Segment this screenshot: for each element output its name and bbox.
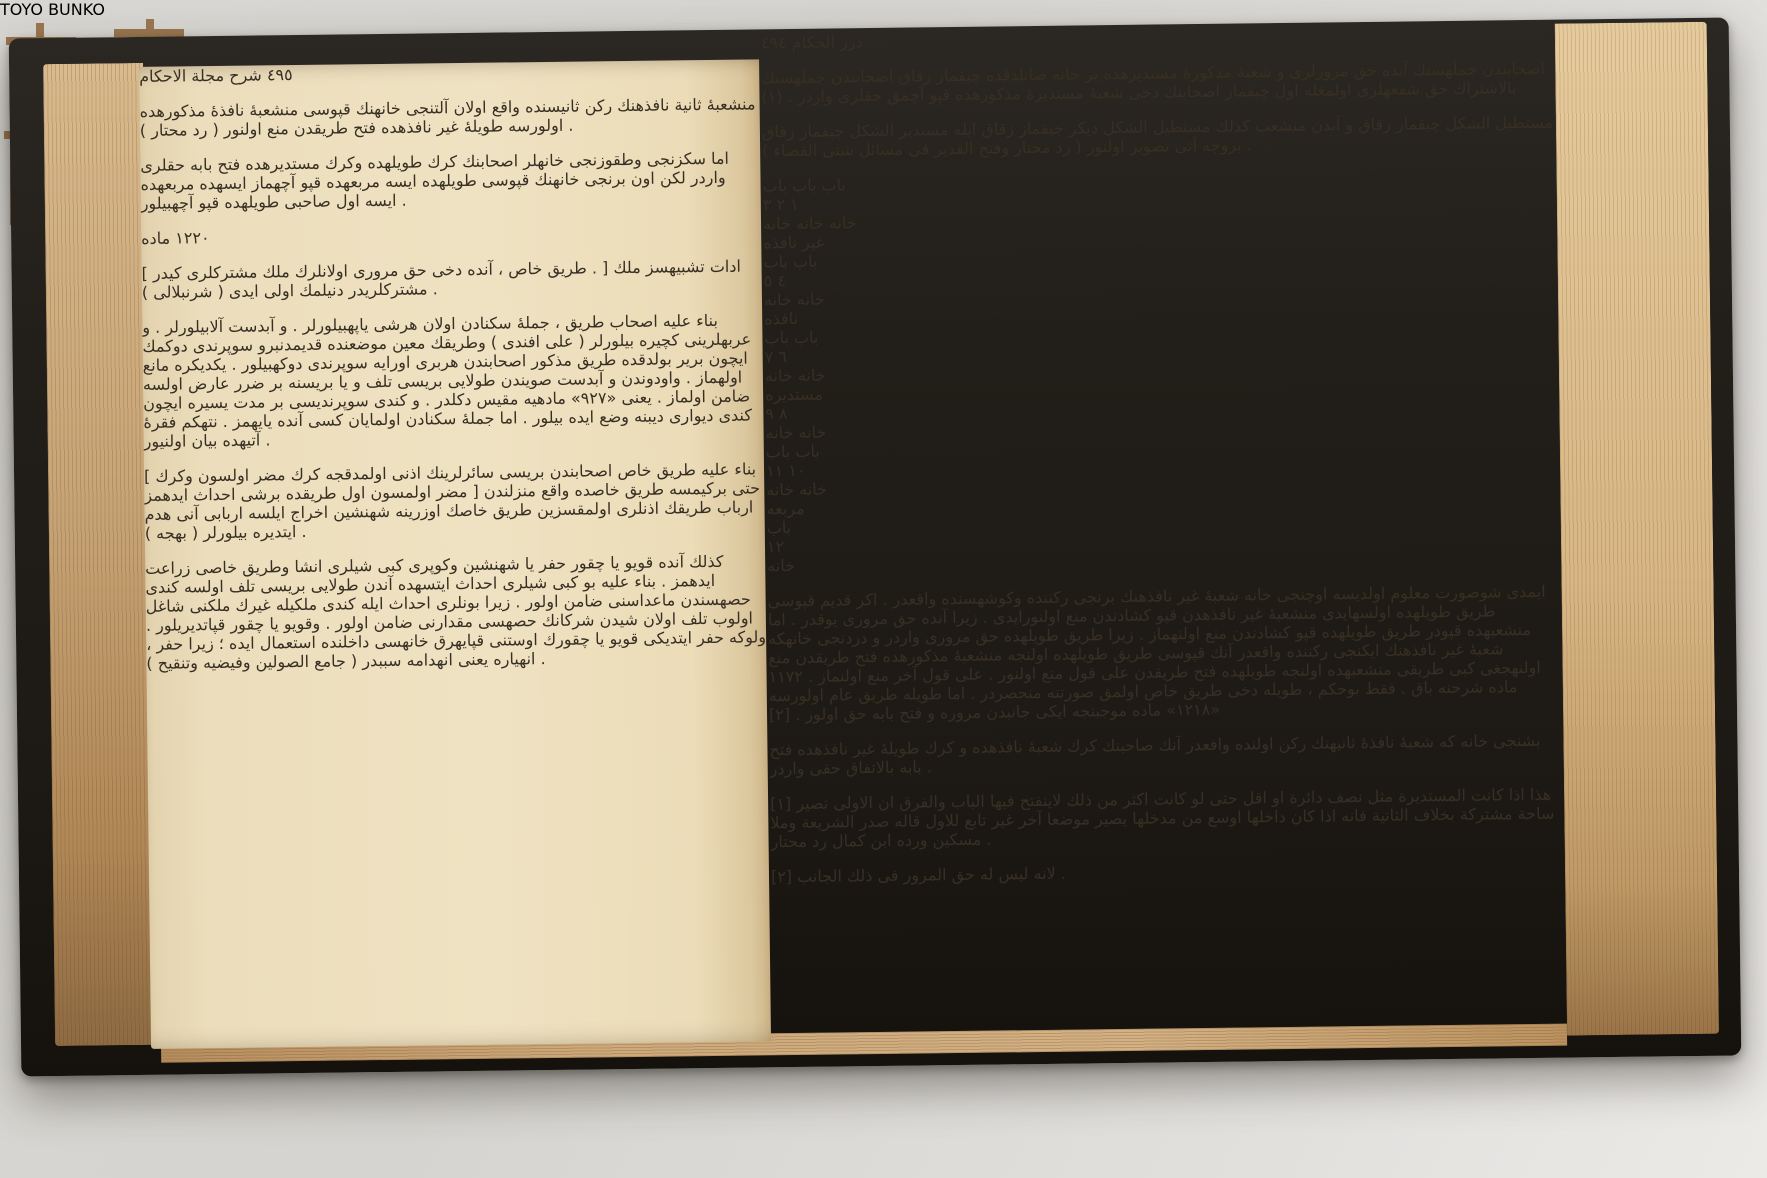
house-label: خانه xyxy=(766,480,794,499)
article-heading: ١٢٢٠ ماده xyxy=(141,221,761,248)
paragraph: مستطيل الشكل چيقماز زقاق و آندن منشعب كذ… xyxy=(762,113,1554,161)
door-label: باب xyxy=(793,252,818,271)
room-group-6-7: باب باب ٦ ٧ خانه خانه xyxy=(764,319,1557,386)
paragraph: بناء عليه اصحاب طريق ، جملهٔ سكنادن اولا… xyxy=(142,310,764,451)
room-group-4-5: باب باب ٤ ٥ خانه خانه xyxy=(763,243,1556,310)
door-label: باب xyxy=(792,176,817,195)
house-label: خانه xyxy=(763,214,791,233)
house-label: خانه xyxy=(797,290,825,309)
house-label: خانه xyxy=(798,423,826,442)
room-number: ٥ xyxy=(764,271,773,290)
room-number: ٤ xyxy=(777,271,786,290)
footnote: [١] هذا اذا كانت المستديرة مثل نصف دائرة… xyxy=(770,785,1563,852)
page-edges-right xyxy=(1555,22,1719,1036)
room-number: ١١ xyxy=(766,461,783,480)
room-number: ٦ xyxy=(778,347,787,366)
door-label: باب xyxy=(794,328,819,347)
book: ٤٩٥ شرح مجلة الاحكام منشعبهٔ ثانية نافذه… xyxy=(9,18,1742,1077)
house-label: خانه xyxy=(798,366,826,385)
room-number: ٣ xyxy=(763,195,772,214)
paragraph: منشعبهٔ ثانية نافذهنك ركن ثانيسنده واقع … xyxy=(140,94,760,140)
paragraph: بشنجى خانه كه شعبهٔ نافذهٔ ثانيهنك ركن ا… xyxy=(769,731,1561,779)
left-page-number: ٤٩٥ xyxy=(267,65,293,84)
door-label: باب xyxy=(764,328,789,347)
room-number: ٧ xyxy=(765,347,774,366)
door-label: باب xyxy=(795,442,820,461)
house-label: خانه xyxy=(765,423,793,442)
paragraph: ايمدى شوصورت معلوم اولديسه اوچنجى خانه ش… xyxy=(768,582,1562,725)
left-running-title: شرح مجلة الاحكام xyxy=(139,65,262,85)
cul-de-sac-plan-diagram: باب باب باب ١ ٢ ٣ xyxy=(762,167,1559,576)
paragraph: [ بناء عليه طريق خاص اصحابندن بريسى سائر… xyxy=(144,459,765,543)
square-label: مربعه xyxy=(766,499,804,518)
right-page-number: ٤٩٤ xyxy=(761,33,787,52)
house-label: خانه xyxy=(767,556,795,575)
room-number: ٢ xyxy=(776,195,785,214)
door-label: باب xyxy=(763,252,788,271)
photo-of-open-book: ٤٩٥ شرح مجلة الاحكام منشعبهٔ ثانية نافذه… xyxy=(0,0,1767,1178)
room-group-1-3: باب باب باب ١ ٢ ٣ xyxy=(762,167,1555,234)
room-number: ١٠ xyxy=(788,461,805,480)
right-page: درر الحكام ٤٩٤ اصحابندن جملهسنك آنده حق … xyxy=(761,24,1565,1050)
house-label: خانه xyxy=(829,213,857,232)
house-label: خانه xyxy=(764,290,792,309)
blind-alley-label: غير نافذه xyxy=(763,233,824,253)
circular-court-unit: مستديره ٨ ٩ خانه خانه xyxy=(765,376,1558,443)
room-number: ١٢ xyxy=(767,537,784,556)
door-label: باب xyxy=(762,176,787,195)
right-running-title: درر الحكام xyxy=(792,32,863,52)
paragraph: [ طريق خاص ، آنده دخى حق مرورى اولانلرك … xyxy=(141,256,761,302)
room-number: ٨ xyxy=(779,404,788,423)
left-page: ٤٩٥ شرح مجلة الاحكام منشعبهٔ ثانية نافذه… xyxy=(139,59,771,1049)
watermark-text: TOYO BUNKO xyxy=(0,0,1767,19)
circle-label: مستديره xyxy=(765,385,823,405)
house-label: خانه xyxy=(796,214,824,233)
house-label: خانه xyxy=(765,366,793,385)
footnote: [٢] لانه ليس له حق المرور فى ذلك الجانب … xyxy=(771,858,1563,887)
paragraph: اما سكزنجى وطقوزنجى خانهلر اصحابنك كرك ط… xyxy=(140,148,761,213)
room-group-12: باب ١٢ خانه xyxy=(767,509,1560,576)
room-number: ٩ xyxy=(765,404,774,423)
door-label: باب xyxy=(766,442,791,461)
door-label: باب xyxy=(767,518,792,537)
house-label: خانه xyxy=(799,480,827,499)
paragraph: اصحابندن جملهسنك آنده حق مرورلرى و شعبهٔ… xyxy=(761,59,1553,107)
door-label: باب xyxy=(821,175,846,194)
page-edges-left xyxy=(43,63,155,1046)
paragraph: كذلك آنده قويو يا چقور حفر يا شهنشين وكو… xyxy=(145,551,766,673)
open-alley-label: نافذه xyxy=(764,309,798,328)
room-number: ١ xyxy=(790,195,799,214)
room-group-10-11: باب باب ١٠ ١١ خانه خان xyxy=(766,433,1559,500)
